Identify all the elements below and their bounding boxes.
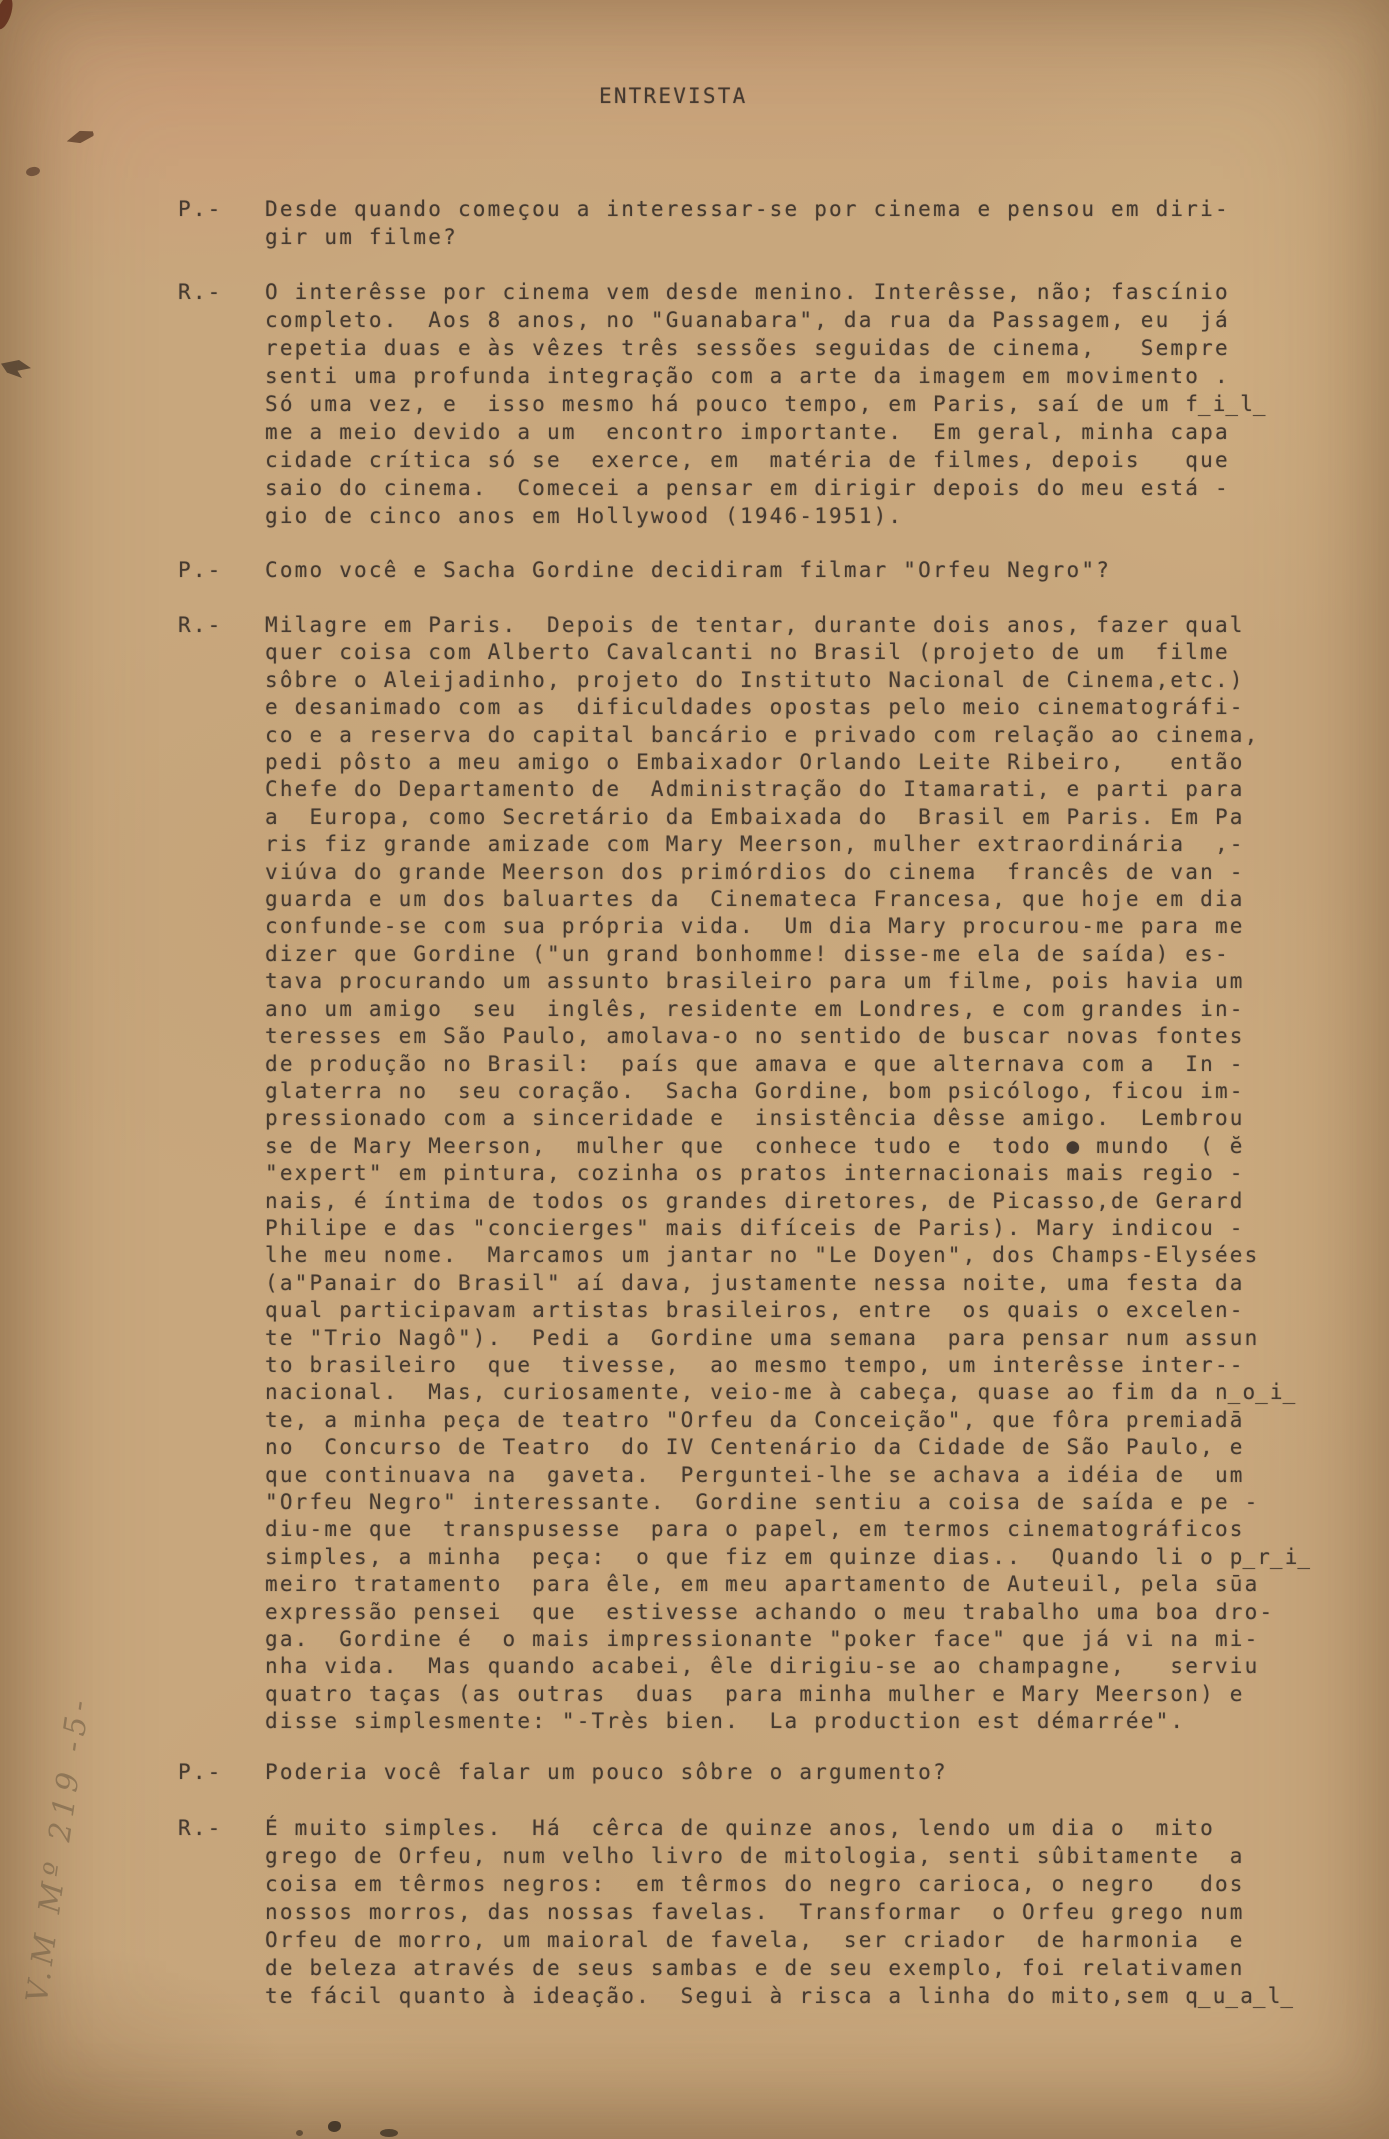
scanned-page: ENTREVISTA P.- Desde quando começou a in… bbox=[0, 0, 1389, 2139]
question-block-3: P.- Poderia você falar um pouco sôbre o … bbox=[178, 1758, 1338, 1786]
question-block-2: P.- Como você e Sacha Gordine decidiram … bbox=[178, 556, 1338, 584]
margin-annotation: V.M Mº 219 -5- bbox=[20, 1574, 115, 2005]
answer-marker: R.- bbox=[178, 612, 265, 639]
margin-pencil-mark bbox=[1, 360, 31, 378]
answer-text: Milagre em Paris. Depois de tentar, dura… bbox=[265, 612, 1325, 1736]
page-title: ENTREVISTA bbox=[599, 82, 747, 110]
question-block-1: P.- Desde quando começou a interessar-se… bbox=[178, 195, 1338, 251]
paper-speck bbox=[380, 2129, 398, 2137]
paper-speck bbox=[25, 166, 40, 177]
answer-block-2: R.- Milagre em Paris. Depois de tentar, … bbox=[178, 612, 1338, 1736]
answer-text: O interêsse por cinema vem desde menino.… bbox=[265, 278, 1325, 530]
answer-marker: R.- bbox=[178, 1814, 265, 1842]
question-marker: P.- bbox=[178, 195, 265, 223]
question-text: Desde quando começou a interessar-se por… bbox=[265, 195, 1325, 251]
answer-marker: R.- bbox=[178, 278, 265, 306]
paper-speck bbox=[328, 2121, 341, 2132]
question-marker: P.- bbox=[178, 1758, 265, 1786]
question-text: Como você e Sacha Gordine decidiram film… bbox=[265, 556, 1325, 584]
question-text: Poderia você falar um pouco sôbre o argu… bbox=[265, 1758, 1325, 1786]
answer-text: É muito simples. Há cêrca de quinze anos… bbox=[265, 1814, 1325, 2010]
answer-block-1: R.- O interêsse por cinema vem desde men… bbox=[178, 278, 1338, 530]
paper-speck bbox=[296, 2130, 303, 2136]
paper-stain bbox=[0, 0, 16, 31]
answer-block-3: R.- É muito simples. Há cêrca de quinze … bbox=[178, 1814, 1338, 2010]
paper-speck bbox=[65, 127, 95, 146]
question-marker: P.- bbox=[178, 556, 265, 584]
